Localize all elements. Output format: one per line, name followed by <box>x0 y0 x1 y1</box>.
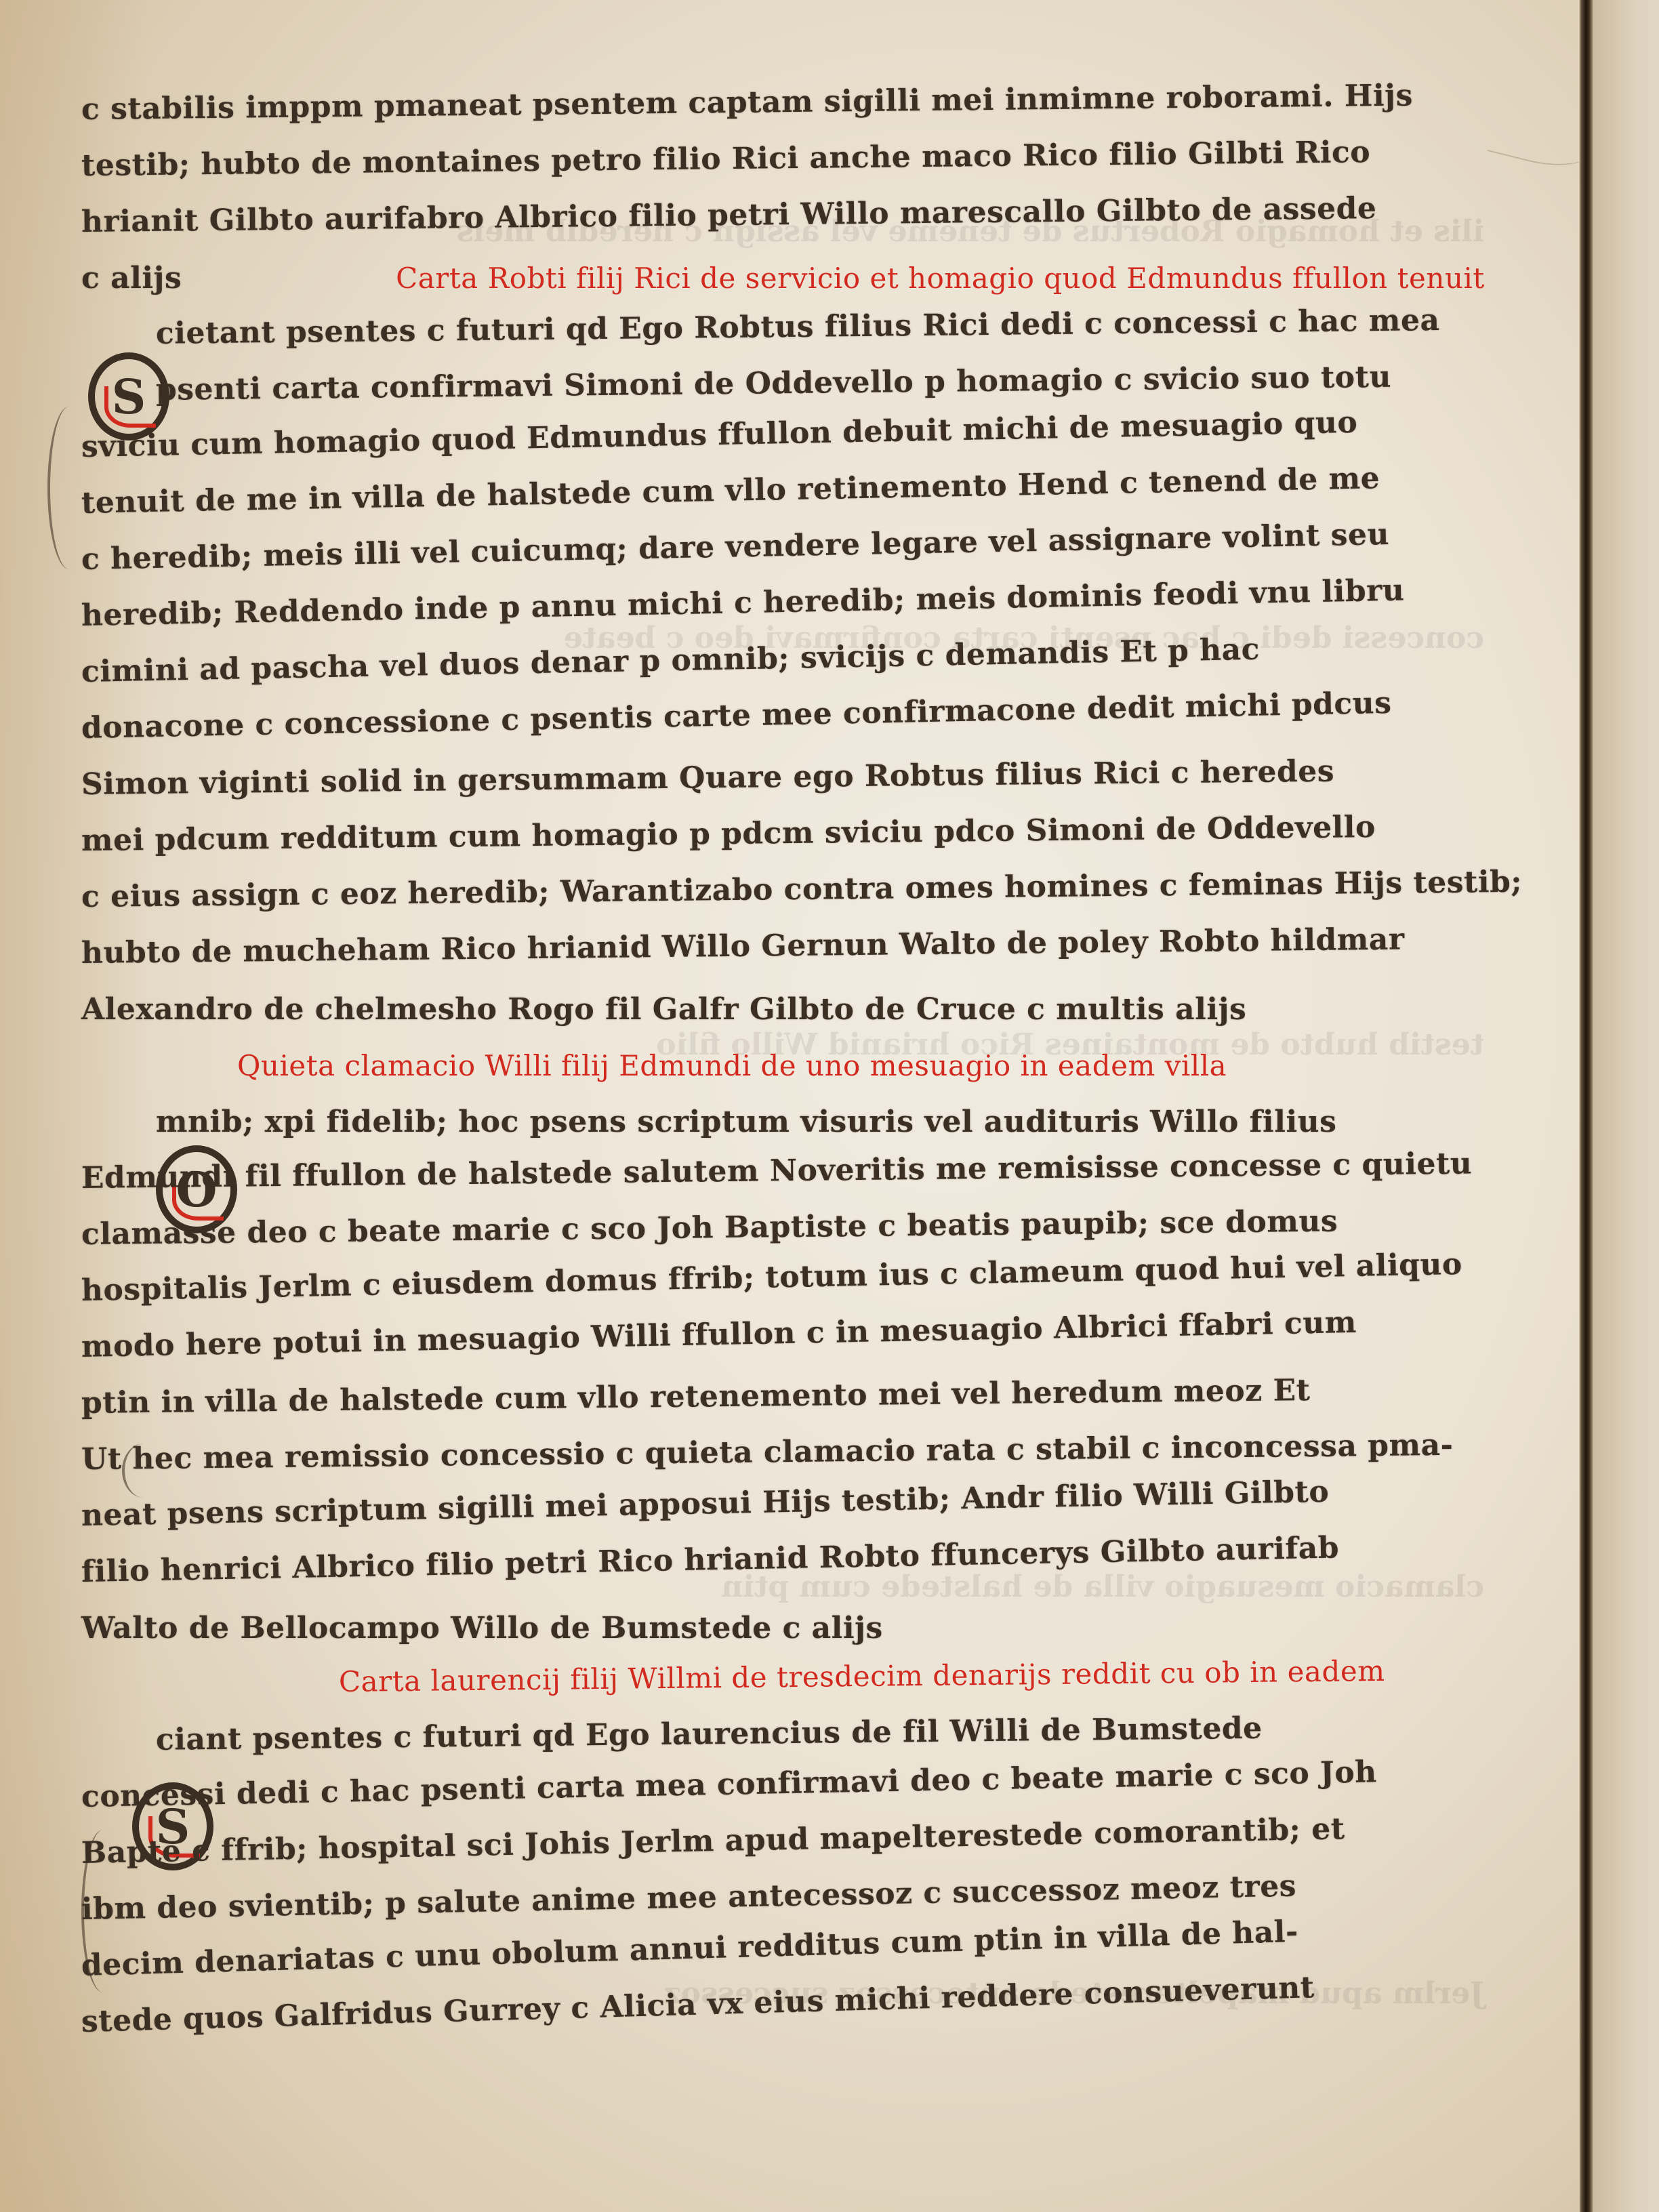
text-block: c stabilis imppm pmaneat psentem captam … <box>81 81 1491 2050</box>
rubric-heading: Quieta clamacio Willi filij Edmundi de u… <box>81 1049 1227 1082</box>
text-fragment: c alijs <box>81 261 182 295</box>
text-line: Alexandro de chelmesho Rogo fil Galfr Gi… <box>81 981 1491 1038</box>
rubric-heading: Carta Robti filij Rici de servicio et ho… <box>192 262 1485 295</box>
facing-page-edge <box>1593 0 1659 2212</box>
page-crease <box>1488 110 1579 176</box>
rubric-heading: Carta laurencij filij Willmi de tresdeci… <box>81 1654 1385 1701</box>
text-line: Quieta clamacio Willi filij Edmundi de u… <box>81 1038 1491 1094</box>
manuscript-page: ilis et homagio Robertus de teneme vel a… <box>0 0 1579 2212</box>
book-gutter <box>1580 0 1593 2212</box>
